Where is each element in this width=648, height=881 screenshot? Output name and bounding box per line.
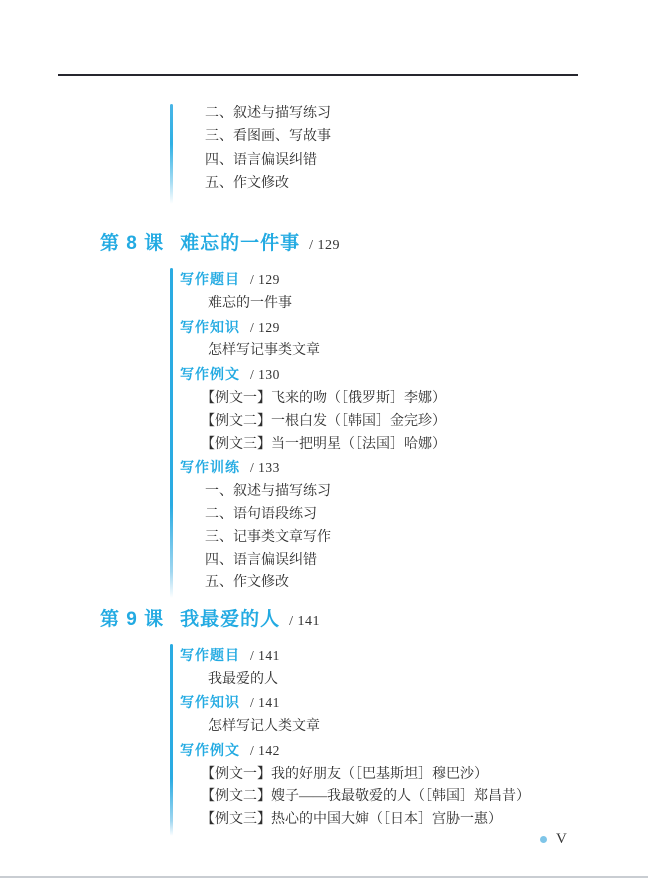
section-label: 写作知识 xyxy=(180,694,240,710)
lesson-9-heading: 第 9 课 我最爱的人 / 141 xyxy=(100,604,320,630)
section-label: 写作例文 xyxy=(180,366,240,382)
section-label: 写作题目 xyxy=(180,271,240,287)
toc-page: 二、叙述与描写练习 三、看图画、写故事 四、语言偏误纠错 五、作文修改 第 8 … xyxy=(0,0,648,881)
section-page-ref: / 129 xyxy=(250,320,280,335)
toc-item: 【例文一】我的好朋友（［巴基斯坦］穆巴沙） xyxy=(180,764,610,787)
toc-item: 【例文一】飞来的吻（［俄罗斯］李娜） xyxy=(180,388,610,411)
section-page-ref: / 133 xyxy=(250,460,280,475)
lesson-page-ref: / 129 xyxy=(309,238,340,254)
section-label-row: 写作知识/ 141 xyxy=(180,691,610,716)
section-label: 写作例文 xyxy=(180,742,240,758)
toc-item: 三、记事类文章写作 xyxy=(180,527,610,550)
toc-item: 我最爱的人 xyxy=(180,669,610,692)
toc-item: 二、叙述与描写练习 xyxy=(205,102,585,125)
lesson-title: 难忘的一件事 xyxy=(180,228,300,255)
toc-item: 难忘的一件事 xyxy=(180,293,610,316)
footer-dot-icon xyxy=(540,836,547,843)
top-rule xyxy=(58,74,578,76)
lesson-8-heading: 第 8 课 难忘的一件事 / 129 xyxy=(100,228,340,254)
lesson-8-accent-bar xyxy=(170,268,173,598)
toc-item: 一、叙述与描写练习 xyxy=(180,481,610,504)
section-label-row: 写作例文/ 130 xyxy=(180,363,610,388)
section-page-ref: / 129 xyxy=(250,272,280,287)
toc-item: 二、语句语段练习 xyxy=(180,504,610,527)
toc-item: 五、作文修改 xyxy=(205,172,585,195)
toc-item: 四、语言偏误纠错 xyxy=(205,149,585,172)
lesson-number: 第 8 课 xyxy=(100,228,164,255)
toc-item: 【例文三】当一把明星（［法国］哈娜） xyxy=(180,434,610,457)
page-footer: V xyxy=(540,831,567,848)
section-label-row: 写作题目/ 129 xyxy=(180,268,610,293)
section-label-row: 写作例文/ 142 xyxy=(180,739,610,764)
toc-item: 三、看图画、写故事 xyxy=(205,125,585,148)
section-page-ref: / 141 xyxy=(250,695,280,710)
lesson-page-ref: / 141 xyxy=(289,614,320,630)
lesson-9-sections: 写作题目/ 141 我最爱的人 写作知识/ 141 怎样写记人类文章 写作例文/… xyxy=(180,644,610,832)
lesson-8-sections: 写作题目/ 129 难忘的一件事 写作知识/ 129 怎样写记事类文章 写作例文… xyxy=(180,268,610,595)
section-label: 写作题目 xyxy=(180,647,240,663)
lesson-9-accent-bar xyxy=(170,644,173,836)
lesson-title: 我最爱的人 xyxy=(180,604,280,631)
bottom-rule xyxy=(0,876,648,878)
page-number: V xyxy=(556,831,567,848)
continuation-accent-bar xyxy=(170,104,173,204)
toc-item: 四、语言偏误纠错 xyxy=(180,550,610,573)
lesson-number: 第 9 课 xyxy=(100,604,164,631)
section-page-ref: / 130 xyxy=(250,367,280,382)
section-label: 写作训练 xyxy=(180,459,240,475)
section-label-row: 写作知识/ 129 xyxy=(180,316,610,341)
toc-item: 【例文三】热心的中国大婶（［日本］宫胁一惠） xyxy=(180,809,610,832)
section-label-row: 写作训练/ 133 xyxy=(180,456,610,481)
toc-item: 【例文二】嫂子——我最敬爱的人（［韩国］郑昌昔） xyxy=(180,786,610,809)
section-page-ref: / 141 xyxy=(250,648,280,663)
section-label-row: 写作题目/ 141 xyxy=(180,644,610,669)
toc-item: 怎样写记事类文章 xyxy=(180,340,610,363)
section-page-ref: / 142 xyxy=(250,743,280,758)
section-label: 写作知识 xyxy=(180,319,240,335)
toc-item: 五、作文修改 xyxy=(180,572,610,595)
toc-item: 【例文二】一根白发（［韩国］金完珍） xyxy=(180,411,610,434)
toc-item: 怎样写记人类文章 xyxy=(180,716,610,739)
continuation-list: 二、叙述与描写练习 三、看图画、写故事 四、语言偏误纠错 五、作文修改 xyxy=(205,102,585,196)
